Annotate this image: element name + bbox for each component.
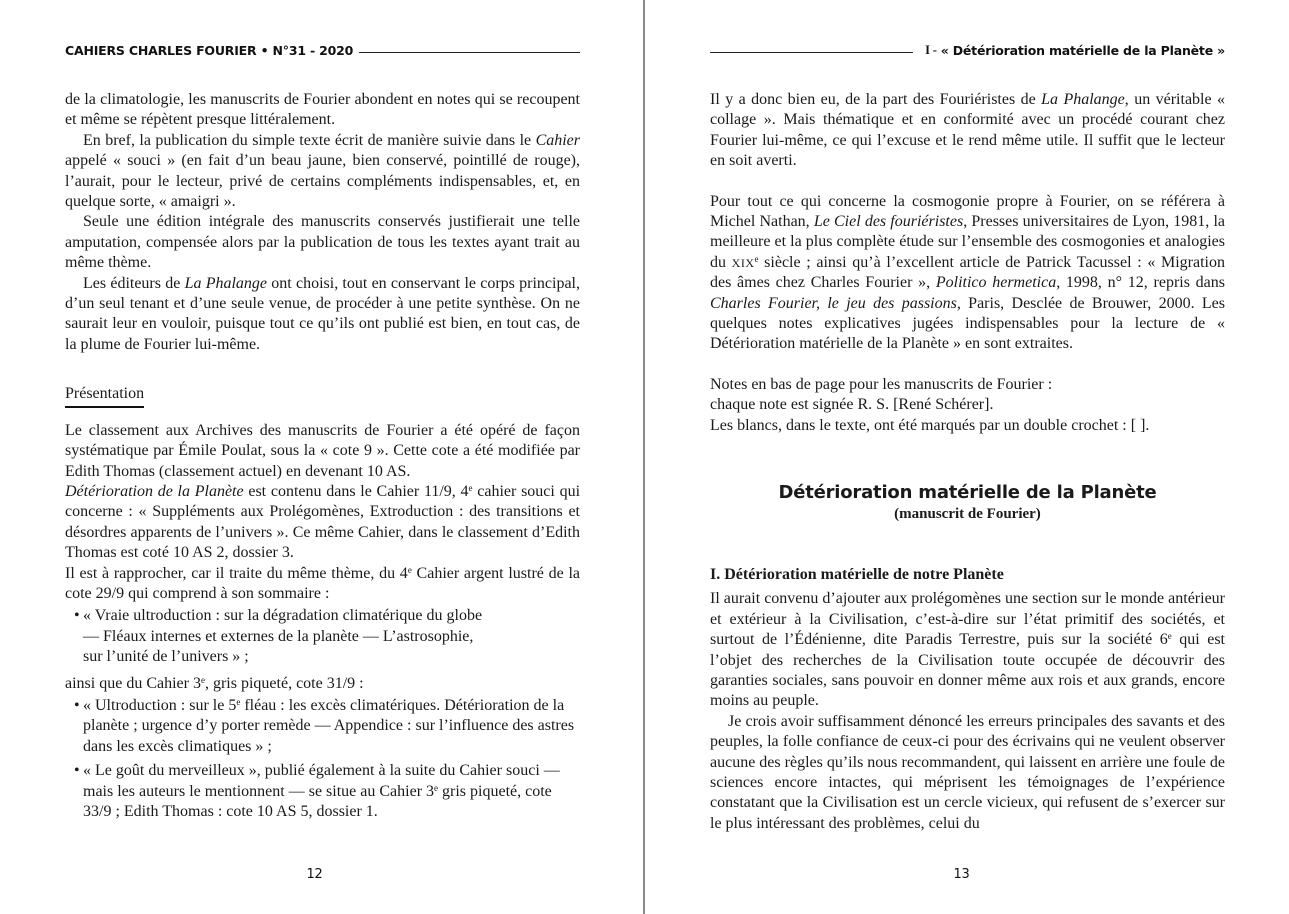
chapter-title: Détérioration matérielle de la Planète [710,483,1225,503]
right-body: Il y a donc bien eu, de la part des Four… [710,90,1225,834]
paragraph: Pour tout ce qui concerne la cosmogonie … [710,192,1225,355]
paragraph: ainsi que du Cahier 3e, gris piqueté, co… [65,674,580,694]
spacer [65,355,580,384]
header-rule [710,52,913,53]
paragraph: Il est à rapprocher, car il traite du mê… [65,564,580,605]
spacer [710,524,1225,565]
list-item: « Le goût du merveilleux », publié égale… [83,761,580,822]
page-number: 12 [57,867,572,882]
paragraph: En bref, la publication du simple texte … [65,131,580,213]
spacer [65,408,580,421]
page-gutter-divider [643,0,645,914]
spacer [710,436,1225,483]
paragraph: Seule une édition intégrale des manuscri… [65,212,580,273]
sommaire-list-1: « Vraie ultroduction : sur la dégradatio… [65,606,580,667]
page-number: 13 [704,867,1219,882]
paragraph: Il aurait convenu d’ajouter aux prolégom… [710,589,1225,711]
paragraph: Je crois avoir suffisamment dénoncé les … [710,712,1225,834]
spacer [710,172,1225,192]
journal-title: CAHIERS CHARLES FOURIER • N°31 - 2020 [65,43,353,58]
chapter-running-title: « Détérioration matérielle de la Planète… [941,43,1225,58]
paragraph: Les éditeurs de La Phalange ont choisi, … [65,274,580,356]
list-item: « Vraie ultroduction : sur la dégradatio… [83,606,580,667]
section-label: Présentation [65,384,144,407]
section-heading: I. Détérioration matérielle de notre Pla… [710,565,1225,585]
left-body: de la climatologie, les manuscrits de Fo… [65,90,580,826]
header-rule [359,52,580,53]
note-line: chaque note est signée R. S. [René Schér… [710,395,1225,415]
paragraph: Il y a donc bien eu, de la part des Four… [710,90,1225,172]
note-line: Les blancs, dans le texte, ont été marqu… [710,416,1225,436]
chapter-subtitle: (manuscrit de Fourier) [710,504,1225,524]
paragraph: Le classement aux Archives des manuscrit… [65,421,580,482]
running-head-left: CAHIERS CHARLES FOURIER • N°31 - 2020 [65,41,580,59]
left-page: CAHIERS CHARLES FOURIER • N°31 - 2020 de… [65,0,580,914]
section-label-wrap: Présentation [65,384,580,407]
paragraph: de la climatologie, les manuscrits de Fo… [65,90,580,131]
running-head-right: I - « Détérioration matérielle de la Pla… [710,41,1225,59]
spacer [710,355,1225,375]
list-item: « Ultroduction : sur le 5e fléau : les e… [83,696,580,757]
note-line: Notes en bas de page pour les manuscrits… [710,375,1225,395]
paragraph: Détérioration de la Planète est contenu … [65,482,580,564]
right-page: I - « Détérioration matérielle de la Pla… [710,0,1225,914]
sommaire-list-2: « Ultroduction : sur le 5e fléau : les e… [65,696,580,822]
